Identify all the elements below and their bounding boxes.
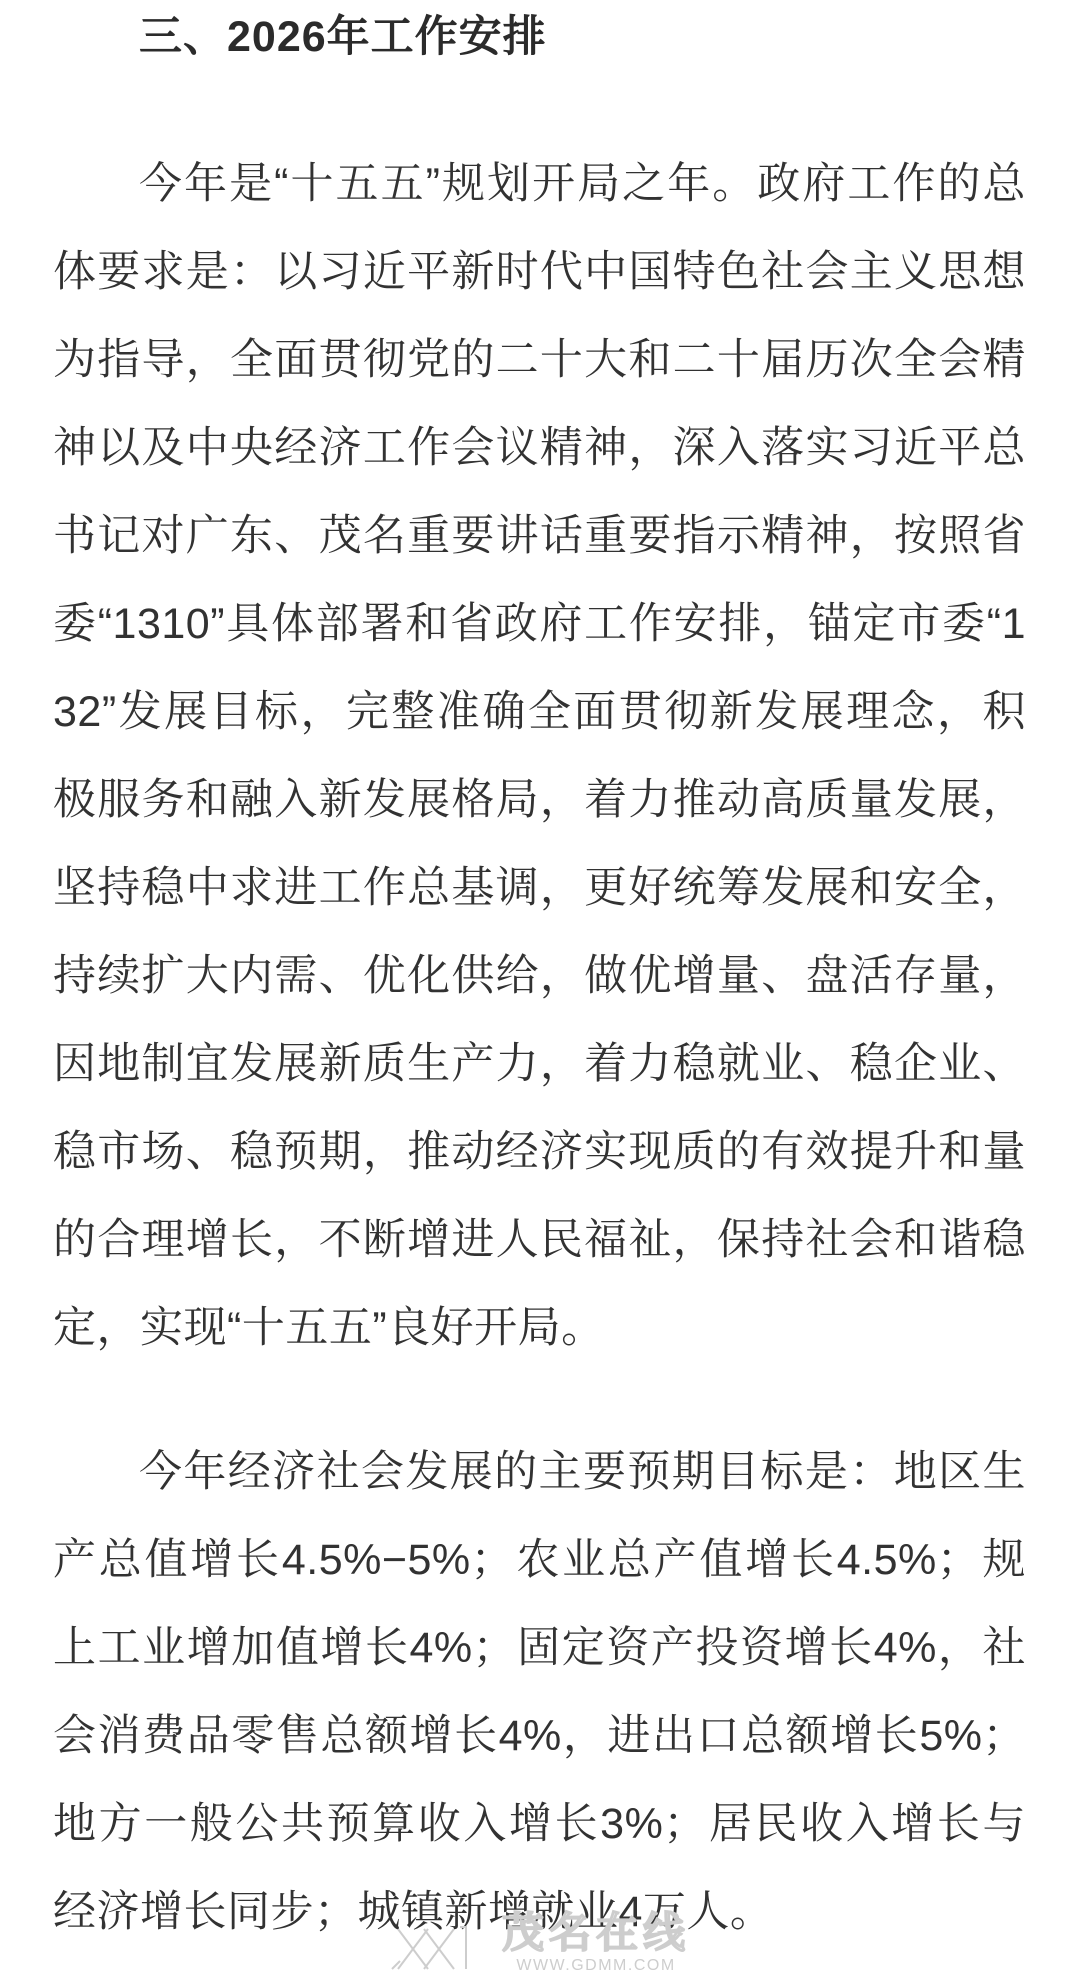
watermark-site-url: WWW.GDMM.COM: [516, 1957, 675, 1975]
document-content: 三、2026年工作安排 今年是“十五五”规划开局之年。政府工作的总体要求是：以习…: [0, 0, 1080, 1956]
paragraph-overall-requirements: 今年是“十五五”规划开局之年。政府工作的总体要求是：以习近平新时代中国特色社会主…: [53, 140, 1026, 1372]
section-title: 三、2026年工作安排: [53, 6, 1026, 68]
paragraph-economic-targets: 今年经济社会发展的主要预期目标是：地区生产总值增长4.5%−5%；农业总产值增长…: [53, 1428, 1026, 1956]
document-page: 三、2026年工作安排 今年是“十五五”规划开局之年。政府工作的总体要求是：以习…: [0, 0, 1080, 1977]
